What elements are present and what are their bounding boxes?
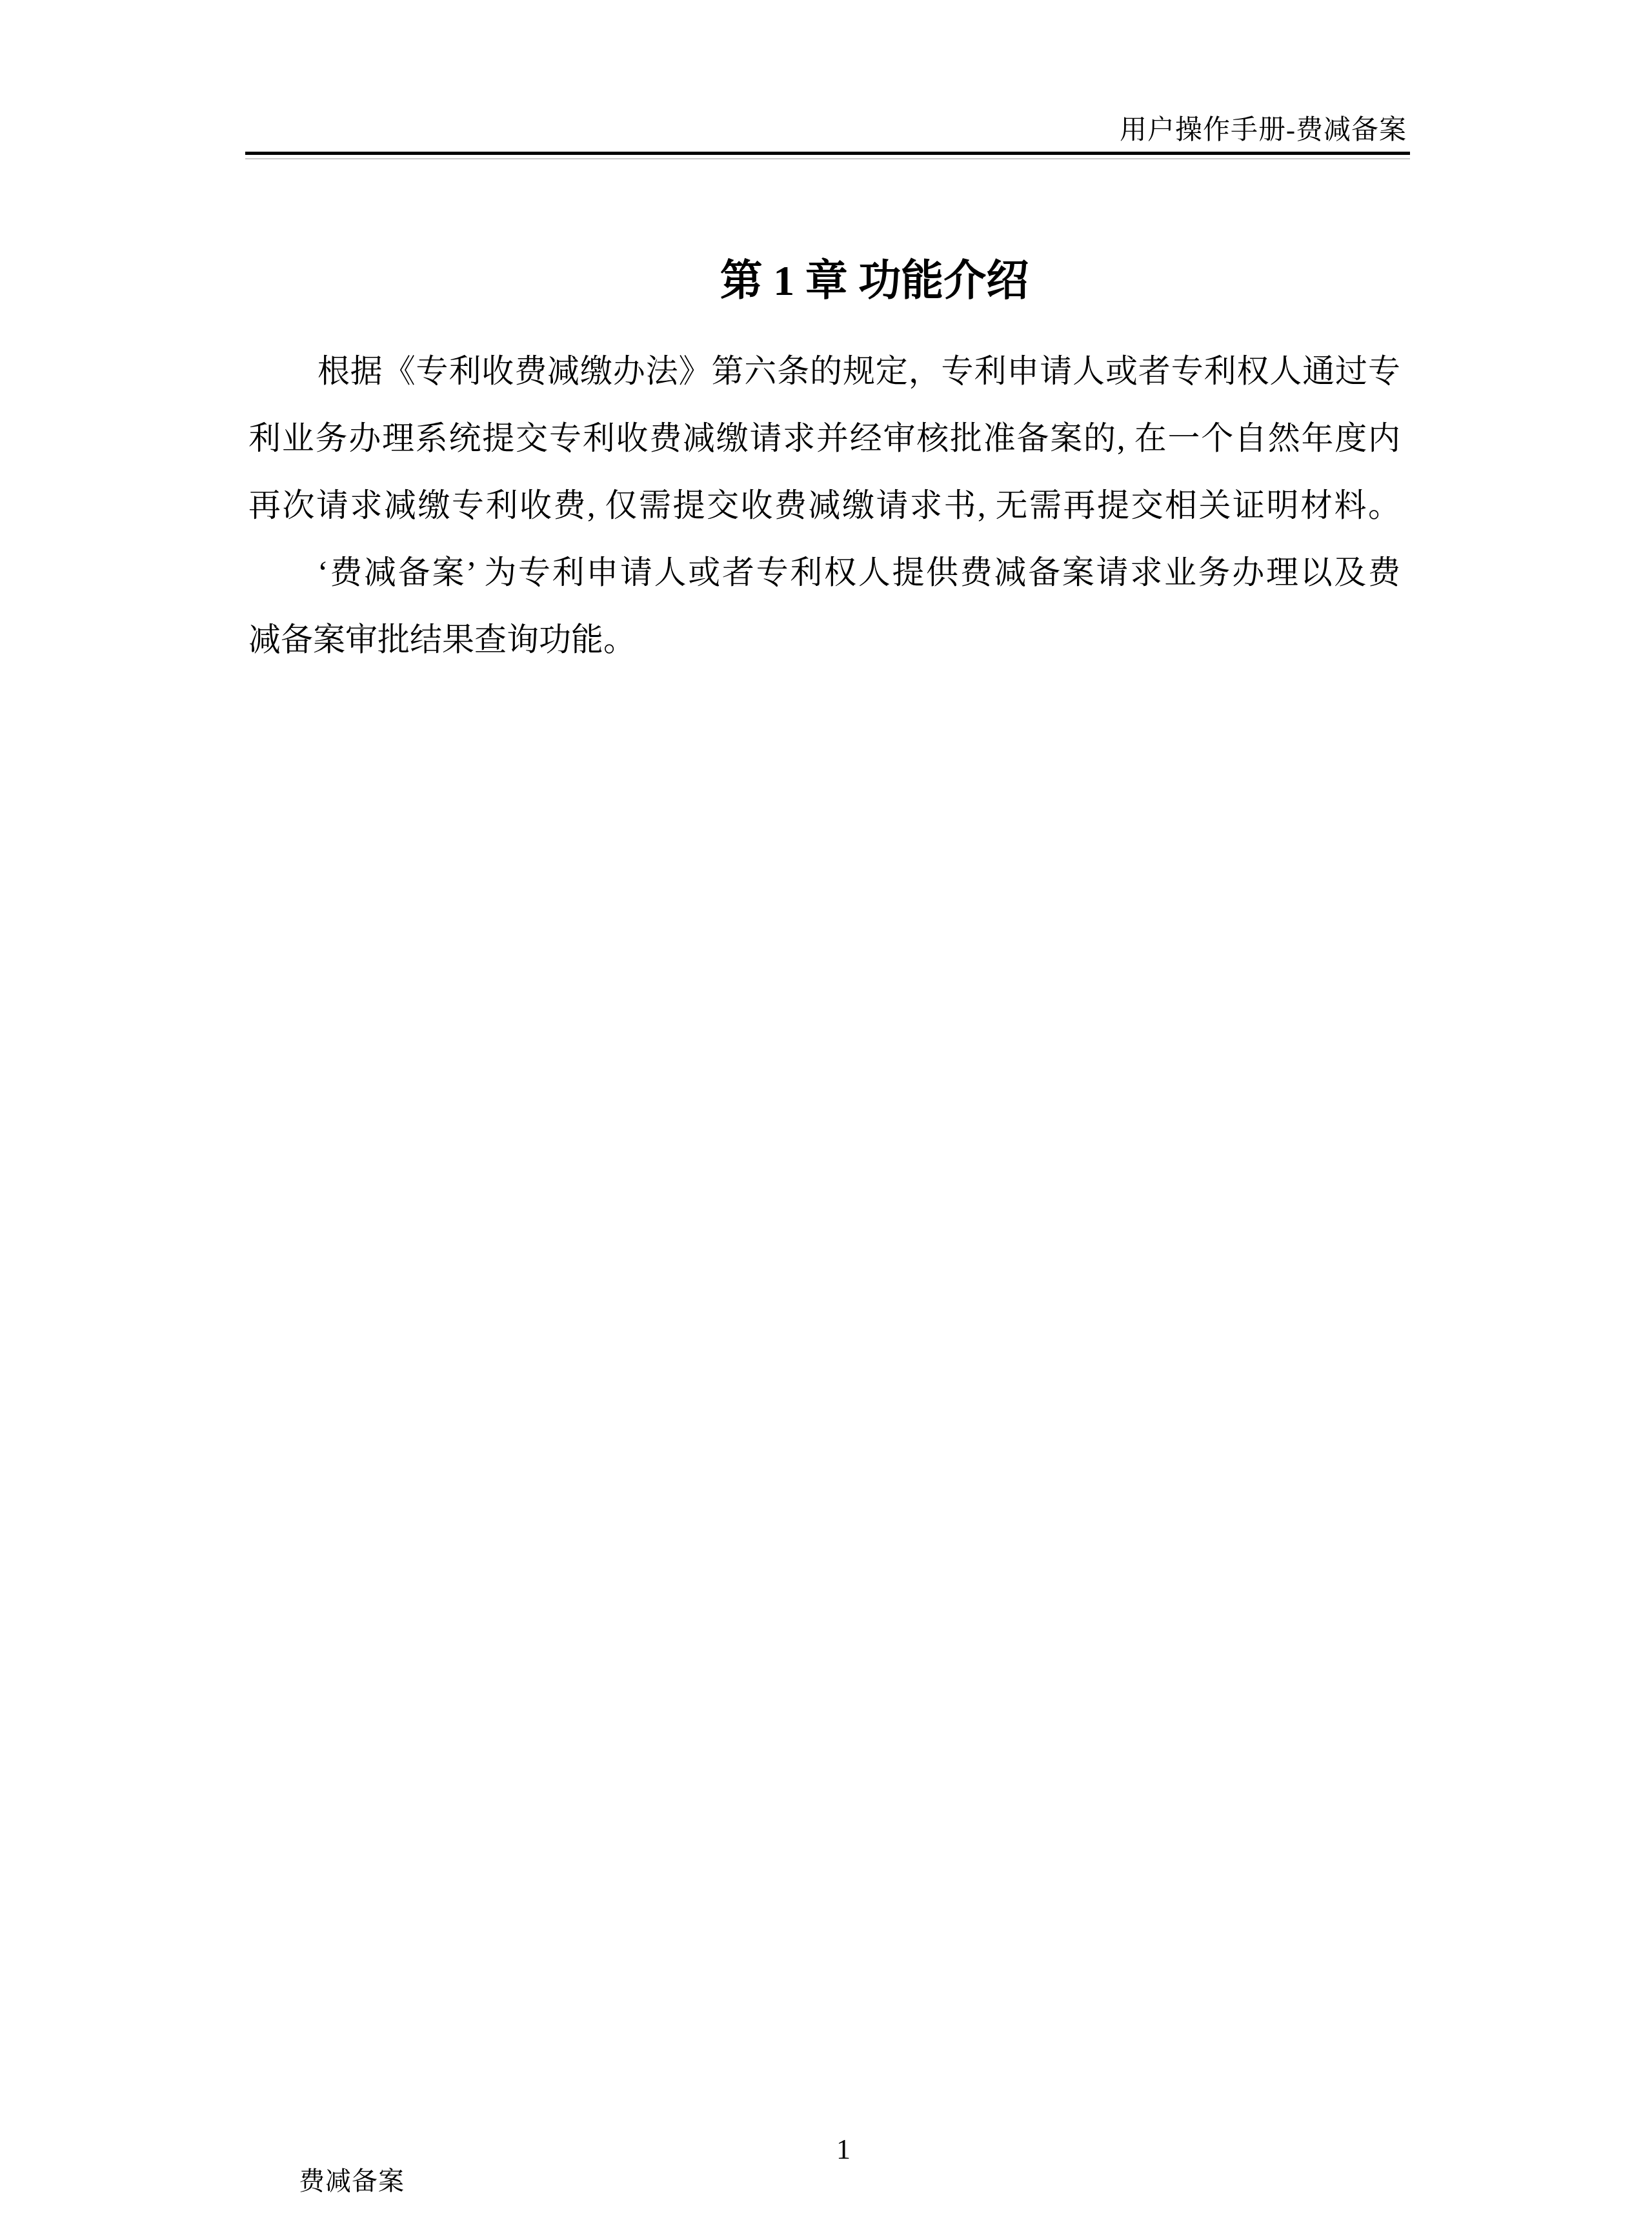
document-page: 用户操作手册-费减备案 第 1 章 功能介绍 根据《专利收费减缴办法》第六条的规… [0, 0, 1652, 2220]
paragraph-2: ‘费减备案’ 为专利申请人或者专利权人提供费减备案请求业务办理以及费 减备案审批… [248, 539, 1400, 673]
header-rule-shadow [245, 158, 1410, 159]
paragraph-1: 根据《专利收费减缴办法》第六条的规定，专利申请人或者专利权人通过专 利业务办理系… [248, 338, 1400, 539]
body-line: ‘费减备案’ 为专利申请人或者专利权人提供费减备案请求业务办理以及费 [248, 539, 1400, 606]
page-number: 1 [836, 2134, 851, 2166]
footer-label: 费减备案 [299, 2166, 405, 2197]
chapter-title: 第 1 章 功能介绍 [245, 256, 1407, 307]
header-title: 用户操作手册-费减备案 [245, 115, 1407, 146]
body-line: 根据《专利收费减缴办法》第六条的规定，专利申请人或者专利权人通过专 [248, 338, 1400, 405]
body-text: 根据《专利收费减缴办法》第六条的规定，专利申请人或者专利权人通过专 利业务办理系… [248, 338, 1400, 673]
body-line: 利业务办理系统提交专利收费减缴请求并经审核批准备案的, 在一个自然年度内 [248, 405, 1400, 472]
header-rule [245, 152, 1410, 155]
body-line: 再次请求减缴专利收费, 仅需提交收费减缴请求书, 无需再提交相关证明材料。 [248, 472, 1400, 539]
body-line: 减备案审批结果查询功能。 [248, 606, 1400, 673]
